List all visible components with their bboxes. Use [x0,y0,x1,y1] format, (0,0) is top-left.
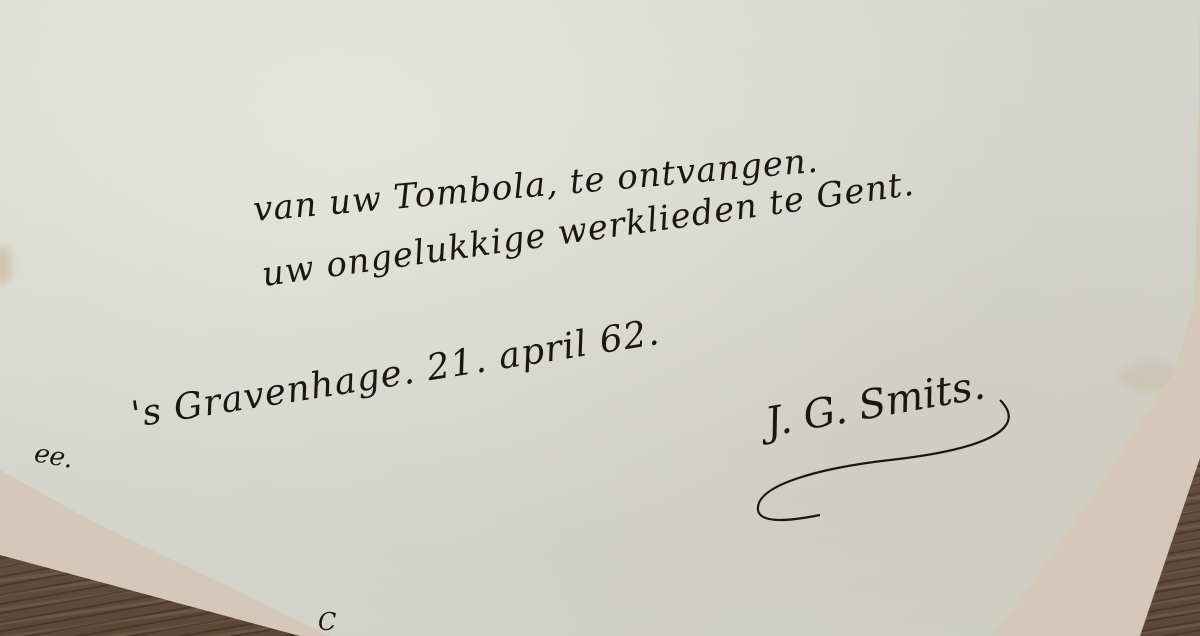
stain [0,245,12,285]
signature-flourish [740,380,1040,530]
margin-note-bottom: C [318,608,336,636]
paper-sheet [0,0,1200,636]
margin-note-left: ee. [32,438,76,474]
